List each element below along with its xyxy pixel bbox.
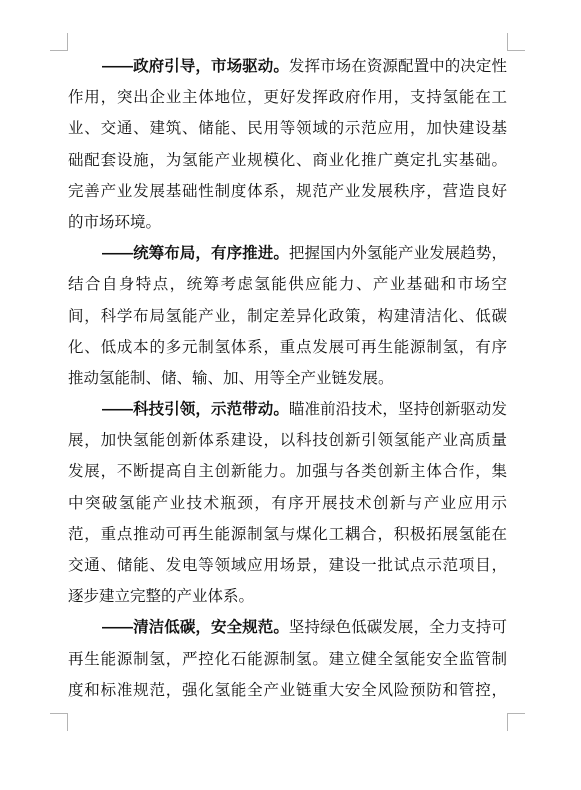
paragraph-line: 再生能源制氢，严控化石能源制氢。建立健全氢能安全监管制: [68, 644, 507, 675]
paragraph-line: 础配套设施，为氢能产业规模化、商业化推广奠定扎实基础。: [68, 145, 507, 176]
paragraph-text: 瞄准前沿技术，坚持创新驱动发: [289, 401, 507, 418]
paragraph-text: 坚持绿色低碳发展，全力支持可: [289, 619, 507, 636]
paragraph-line: ——清洁低碳，安全规范。坚持绿色低碳发展，全力支持可: [68, 612, 507, 643]
paragraph-line: 结合自身特点，统筹考虑氢能供应能力、产业基础和市场空: [68, 269, 507, 300]
paragraph-line: 间，科学布局氢能产业，制定差异化政策，构建清洁化、低碳: [68, 301, 507, 332]
paragraph-line: 展，加快氢能创新体系建设，以科技创新引领氢能产业高质量: [68, 425, 507, 456]
paragraph-line: 业、交通、建筑、储能、民用等领域的示范应用，加快建设基: [68, 113, 507, 144]
paragraph-line: 范，重点推动可再生能源制氢与煤化工耦合，积极拓展氢能在: [68, 519, 507, 550]
text-boundary-mark-top-left: [50, 33, 68, 51]
paragraph-line: 作用，突出企业主体地位，更好发挥政府作用，支持氢能在工: [68, 82, 507, 113]
paragraph-line: ——统筹布局，有序推进。把握国内外氢能产业发展趋势，: [68, 238, 507, 269]
text-boundary-mark-bottom-left: [50, 713, 68, 731]
paragraph-line: 推动氢能制、储、输、加、用等全产业链发展。: [68, 363, 507, 394]
paragraph-lead: ——清洁低碳，安全规范。: [102, 619, 289, 636]
paragraph-line: 化、低成本的多元制氢体系，重点发展可再生能源制氢，有序: [68, 332, 507, 363]
paragraph-lead: ——统筹布局，有序推进。: [102, 245, 289, 262]
paragraph-text: 发挥市场在资源配置中的决定性: [289, 58, 507, 75]
paragraph-lead: ——科技引领，示范带动。: [102, 401, 289, 418]
text-boundary-mark-bottom-right: [507, 713, 525, 731]
paragraph-line: 逐步建立完整的产业体系。: [68, 581, 507, 612]
paragraph-lead: ——政府引导，市场驱动。: [102, 58, 289, 75]
paragraph-line: 度和标准规范，强化氢能全产业链重大安全风险预防和管控，: [68, 675, 507, 706]
paragraph-line: ——政府引导，市场驱动。发挥市场在资源配置中的决定性: [68, 51, 507, 82]
paragraph-line: 交通、储能、发电等领域应用场景，建设一批试点示范项目，: [68, 550, 507, 581]
paragraph-line: 完善产业发展基础性制度体系，规范产业发展秩序，营造良好: [68, 176, 507, 207]
text-boundary-mark-top-right: [507, 33, 525, 51]
paragraph-line: 中突破氢能产业技术瓶颈，有序开展技术创新与产业应用示: [68, 488, 507, 519]
paragraph-text: 把握国内外氢能产业发展趋势，: [289, 245, 507, 262]
document-page: ——政府引导，市场驱动。发挥市场在资源配置中的决定性作用，突出企业主体地位，更好…: [0, 0, 581, 790]
paragraph-line: 的市场环境。: [68, 207, 507, 238]
text-area: ——政府引导，市场驱动。发挥市场在资源配置中的决定性作用，突出企业主体地位，更好…: [68, 51, 507, 713]
paragraph-line: ——科技引领，示范带动。瞄准前沿技术，坚持创新驱动发: [68, 394, 507, 425]
paragraph-line: 发展，不断提高自主创新能力。加强与各类创新主体合作，集: [68, 456, 507, 487]
document-viewport: { "colors": { "page_background": "#fffff…: [0, 0, 581, 790]
